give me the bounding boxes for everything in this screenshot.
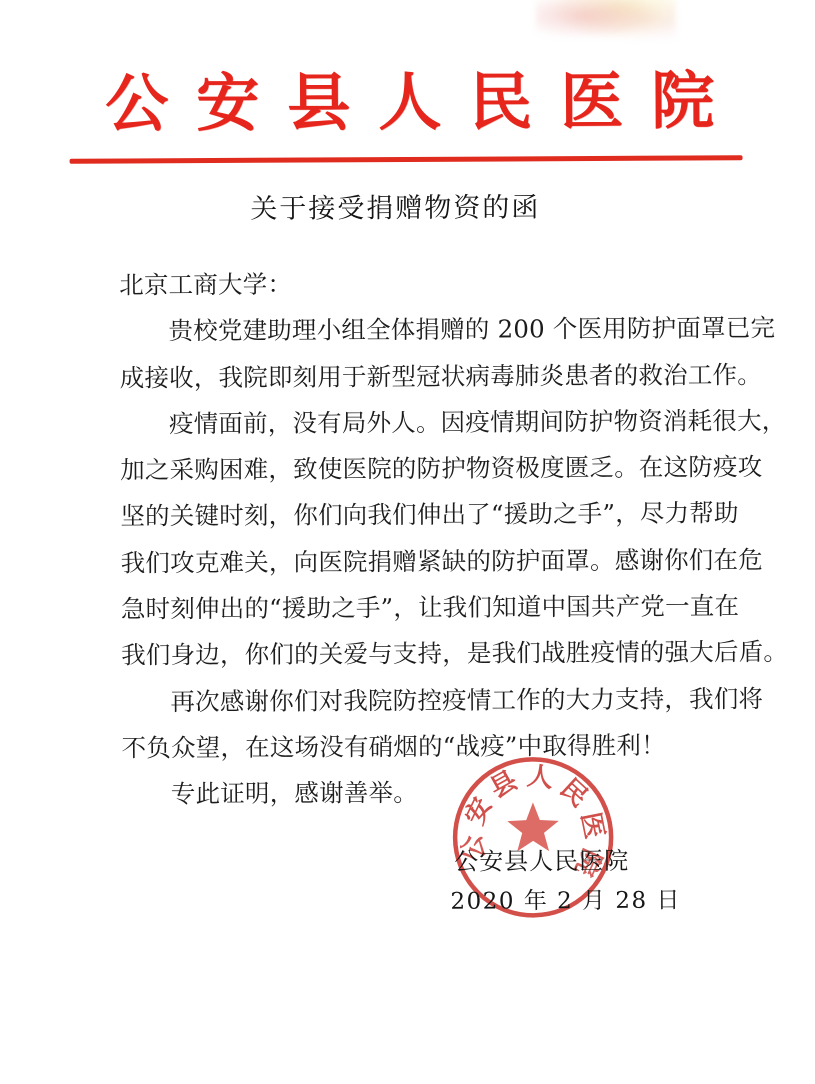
body-line: 加之采购困难，致使医院的防护物资极度匮乏。在这防疫攻: [120, 444, 756, 494]
scanned-letter-page: 公安县人民医院 关于接受捐赠物资的函 北京工商大学： 贵校党建助理小组全体捐赠的…: [0, 0, 815, 1084]
body-line: 坚的关键时刻，你们向我们伸出了“援助之手”，尽力帮助: [120, 491, 756, 541]
signature-date: 2020 年 2 月 28 日: [450, 882, 681, 916]
body-line: 再次感谢你们对我院防控疫情工作的大力支持，我们将: [121, 676, 757, 726]
scan-smudge: [536, 0, 676, 43]
body-line: 我们身边，你们的关爱与支持，是我们战胜疫情的强大后盾。: [121, 630, 757, 680]
body-line: 我们攻克难关，向医院捐赠紧缺的防护面罩。感谢你们在危: [121, 537, 757, 587]
body-line: 急时刻伸出的“援助之手”，让我们知道中国共产党一直在: [121, 583, 757, 633]
letterhead-rule: [70, 155, 743, 164]
letter-body: 北京工商大学： 贵校党建助理小组全体捐赠的 200 个医用防护面罩已完 成接收，…: [119, 259, 758, 818]
letterhead-org-name: 公安县人民医院: [0, 50, 813, 145]
scan-content: 公安县人民医院 关于接受捐赠物资的函 北京工商大学： 贵校党建助理小组全体捐赠的…: [0, 0, 815, 1084]
seal-char: 人: [525, 761, 554, 794]
salutation: 北京工商大学：: [119, 259, 755, 309]
body-line: 疫情面前，没有局外人。因疫情期间防护物资消耗很大，: [120, 398, 756, 448]
paragraph: 疫情面前，没有局外人。因疫情期间防护物资消耗很大， 加之采购困难，致使医院的防护…: [120, 398, 757, 679]
body-line: 贵校党建助理小组全体捐赠的 200 个医用防护面罩已完: [119, 305, 755, 355]
signature-org: 公安县人民医院: [454, 841, 629, 877]
seal-char: 医: [575, 810, 610, 841]
paragraph: 贵校党建助理小组全体捐赠的 200 个医用防护面罩已完 成接收，我院即刻用于新型…: [119, 305, 755, 401]
body-line: 成接收，我院即刻用于新型冠状病毒肺炎患者的救治工作。: [120, 352, 756, 402]
letter-title: 关于接受捐赠物资的函: [0, 184, 814, 227]
